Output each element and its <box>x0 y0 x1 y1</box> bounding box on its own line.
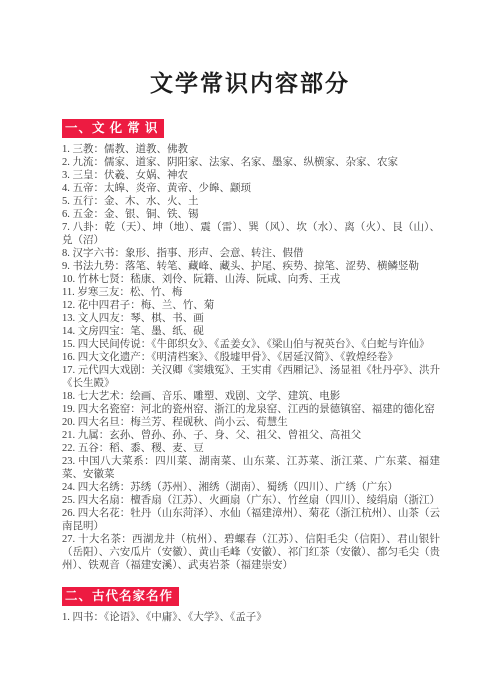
list-item: 26. 四大名花：牡丹（山东菏泽）、水仙（福建漳州）、菊花（浙江杭州）、山茶（云… <box>62 507 440 533</box>
list-item: 19. 四大名瓷窑：河北的瓷州窑、浙江的龙泉窑、江西的景德镇窑、福建的德化窑 <box>62 403 440 416</box>
list-item: 21. 九属：玄孙、曾孙、孙、子、身、父、祖父、曾祖父、高祖父 <box>62 429 440 442</box>
page-title: 文学常识内容部分 <box>0 70 500 98</box>
list-item: 10. 竹林七贤：嵇康、刘伶、阮籍、山涛、阮咸、向秀、王戎 <box>62 273 440 286</box>
list-item: 12. 花中四君子：梅、兰、竹、菊 <box>62 299 440 312</box>
section-culture-knowledge: 一、文 化 常 识 1. 三教：儒教、道教、佛教2. 九流：儒家、道家、阴阳家、… <box>62 119 440 572</box>
list-item: 23. 中国八大菜系：四川菜、湖南菜、山东菜、江苏菜、浙江菜、广东菜、福建菜、安… <box>62 455 440 481</box>
list-item: 24. 四大名绣：苏绣（苏州）、湘绣（湖南）、蜀绣（四川）、广绣（广东） <box>62 481 440 494</box>
list-item: 1. 三教：儒教、道教、佛教 <box>62 143 440 156</box>
list-item: 17. 元代四大戏剧：关汉卿《窦娥冤》、王实甫《西厢记》、汤显祖《牡丹亭》、洪升… <box>62 364 440 390</box>
list-item: 6. 五金：金、银、铜、铁、锡 <box>62 208 440 221</box>
list-item: 18. 七大艺术：绘画、音乐、雕塑、戏剧、文学、建筑、电影 <box>62 390 440 403</box>
list-item: 9. 书法九势：落笔、转笔、藏峰、藏头、护尾、疾势、掠笔、涩势、横鳞竖勒 <box>62 260 440 273</box>
list-item: 25. 四大名扇：檀香扇（江苏）、火画扇（广东）、竹丝扇（四川）、绫绢扇（浙江） <box>62 494 440 507</box>
list-item: 16. 四大文化遗产：《明清档案》、《殷墟甲骨》、《居延汉简》、《敦煌经卷》 <box>62 351 440 364</box>
list-item: 11. 岁寒三友：松、竹、梅 <box>62 286 440 299</box>
section-heading-authors: 二、古代名家名作 <box>62 587 179 606</box>
list-item: 14. 文房四宝：笔、墨、纸、砚 <box>62 325 440 338</box>
culture-item-list: 1. 三教：儒教、道教、佛教2. 九流：儒家、道家、阴阳家、法家、名家、墨家、纵… <box>62 143 440 572</box>
list-item: 13. 文人四友：琴、棋、书、画 <box>62 312 440 325</box>
list-item: 5. 五行：金、木、水、火、土 <box>62 195 440 208</box>
list-item: 8. 汉字六书：象形、指事、形声、会意、转注、假借 <box>62 247 440 260</box>
section-heading-culture: 一、文 化 常 识 <box>62 119 164 138</box>
list-item: 7. 八卦：乾（天）、坤（地）、震（雷）、巽（风）、坎（水）、离（火）、艮（山）… <box>62 221 440 247</box>
document-content: 一、文 化 常 识 1. 三教：儒教、道教、佛教2. 九流：儒家、道家、阴阳家、… <box>62 119 440 625</box>
list-item: 3. 三皇：伏羲、女娲、神农 <box>62 169 440 182</box>
list-item: 1. 四书：《论语》、《中庸》、《大学》、《孟子》 <box>62 611 440 624</box>
document-page: 文学常识内容部分 一、文 化 常 识 1. 三教：儒教、道教、佛教2. 九流：儒… <box>0 0 500 697</box>
list-item: 2. 九流：儒家、道家、阴阳家、法家、名家、墨家、纵横家、杂家、农家 <box>62 156 440 169</box>
list-item: 15. 四大民间传说：《牛郎织女》、《孟姜女》、《梁山伯与祝英台》、《白蛇与许仙… <box>62 338 440 351</box>
list-item: 27. 十大名茶：西湖龙井（杭州）、碧螺春（江苏）、信阳毛尖（信阳）、君山银针（… <box>62 533 440 572</box>
authors-item-list: 1. 四书：《论语》、《中庸》、《大学》、《孟子》 <box>62 611 440 624</box>
list-item: 20. 四大名旦：梅兰芳、程砚秋、尚小云、荀慧生 <box>62 416 440 429</box>
list-item: 22. 五谷：稻、黍、稷、麦、豆 <box>62 442 440 455</box>
section-ancient-masterworks: 二、古代名家名作 1. 四书：《论语》、《中庸》、《大学》、《孟子》 <box>62 587 440 624</box>
list-item: 4. 五帝：太皞、炎帝、黄帝、少皞、颛顼 <box>62 182 440 195</box>
